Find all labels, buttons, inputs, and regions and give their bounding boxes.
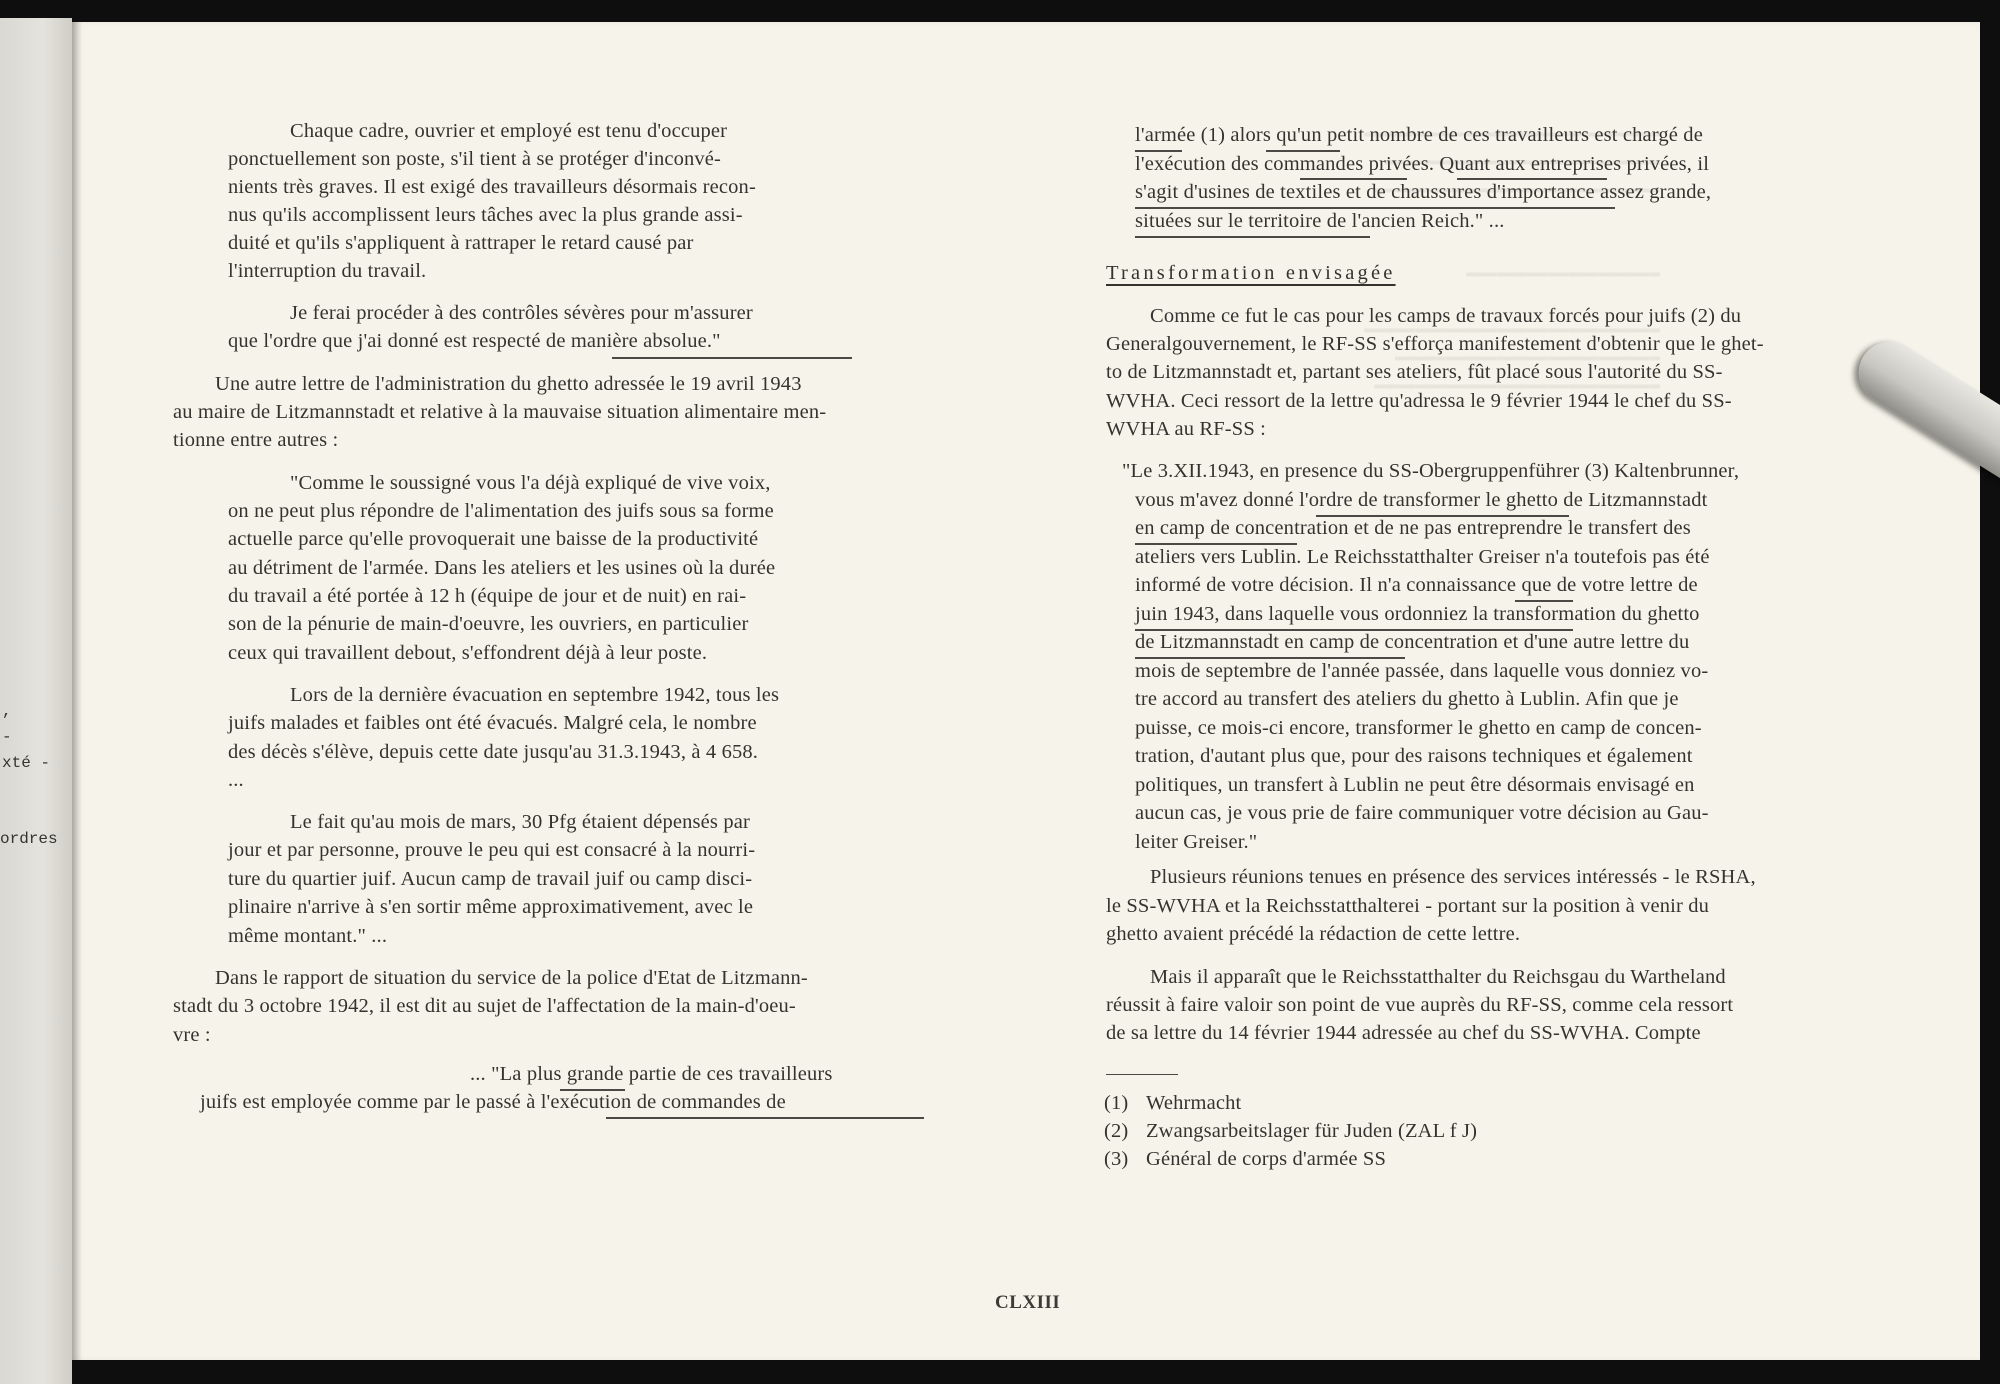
text-line: que l'ordre que j'ai donné est respecté … [228, 330, 721, 353]
footnote-separator [1106, 1074, 1178, 1075]
page-number: CLXIII [995, 1292, 1060, 1314]
text-line: WVHA. Ceci ressort de la lettre qu'adres… [1106, 390, 1732, 413]
text-line: l'armée (1) alors qu'un petit nombre de … [1135, 124, 1703, 147]
text-line: Dans le rapport de situation du service … [215, 967, 808, 990]
text-line: plinaire n'arrive à s'en sortir même app… [228, 896, 753, 919]
text-line: vous m'avez donné l'ordre de transformer… [1135, 489, 1707, 512]
text-line: tre accord au transfert des ateliers du … [1135, 688, 1679, 711]
text-line: Mais il apparaît que le Reichsstatthalte… [1150, 966, 1726, 989]
prev-page-fragment: , [2, 702, 12, 720]
text-line: mois de septembre de l'année passée, dan… [1135, 660, 1708, 683]
text-line: politiques, un transfert à Lublin ne peu… [1135, 774, 1695, 797]
underline-mark [1135, 629, 1573, 631]
text-line: de sa lettre du 14 février 1944 adressée… [1106, 1022, 1701, 1045]
text-line: ... "La plus grande partie de ces travai… [470, 1063, 833, 1086]
text-line: on ne peut plus répondre de l'alimentati… [228, 500, 774, 523]
text-line: juin 1943, dans laquelle vous ordonniez … [1135, 603, 1700, 626]
prev-page-fragment: ordres [0, 830, 58, 848]
text-line: stadt du 3 octobre 1942, il est dit au s… [173, 995, 796, 1018]
text-line: situées sur le territoire de l'ancien Re… [1135, 210, 1505, 233]
underline-mark [1135, 207, 1615, 209]
text-line: s'agit d'usines de textiles et de chauss… [1135, 181, 1711, 204]
text-line: informé de votre décision. Il n'a connai… [1135, 574, 1698, 597]
prev-page-fragment: xté - [2, 754, 50, 772]
text-line: ghetto avaient précédé la rédaction de c… [1106, 923, 1520, 946]
text-line: ceux qui travaillent debout, s'effondren… [228, 642, 707, 665]
text-line: puisse, ce mois-ci encore, transformer l… [1135, 717, 1702, 740]
text-line: au détriment de l'armée. Dans les atelie… [228, 557, 775, 580]
footnote-marker: (1) [1104, 1092, 1128, 1115]
underline-mark [606, 1117, 924, 1119]
text-line: "Comme le soussigné vous l'a déjà expliq… [290, 472, 771, 495]
text-line: tionne entre autres : [173, 429, 338, 452]
text-line: tration, d'autant plus que, pour des rai… [1135, 745, 1693, 768]
underline-mark [560, 1089, 625, 1091]
text-line: du travail a été portée à 12 h (équipe d… [228, 585, 746, 608]
text-line: duité et qu'ils s'appliquent à rattraper… [228, 232, 694, 255]
text-line: juifs malades et faibles ont été évacués… [228, 712, 757, 735]
footnote-text: Zwangsarbeitslager für Juden (ZAL f J) [1146, 1120, 1477, 1143]
text-line: to de Litzmannstadt et, partant ses atel… [1106, 361, 1723, 384]
footnote-marker: (3) [1104, 1148, 1128, 1171]
text-line: jour et par personne, prouve le peu qui … [228, 839, 755, 862]
text-line: Lors de la dernière évacuation en septem… [290, 684, 779, 707]
text-line: Plusieurs réunions tenues en présence de… [1150, 866, 1756, 889]
gutter-shadow [72, 22, 82, 1360]
text-line: même montant." ... [228, 925, 387, 948]
text-line: en camp de concentration et de ne pas en… [1135, 517, 1691, 540]
text-line: Comme ce fut le cas pour les camps de tr… [1150, 305, 1741, 328]
text-line: nus qu'ils accomplissent leurs tâches av… [228, 204, 743, 227]
underline-mark [1300, 178, 1407, 180]
underline-mark [1135, 150, 1182, 152]
underline-mark [1316, 515, 1569, 517]
prev-page-fragment: - [2, 728, 12, 746]
text-line: ateliers vers Lublin. Le Reichsstatthalt… [1135, 546, 1710, 569]
text-line: ture du quartier juif. Aucun camp de tra… [228, 868, 752, 891]
text-line: de Litzmannstadt en camp de concentratio… [1135, 631, 1689, 654]
text-line: au maire de Litzmannstadt et relative à … [173, 401, 826, 424]
text-line: leiter Greiser." [1135, 831, 1257, 854]
text-line: Une autre lettre de l'administration du … [215, 373, 802, 396]
text-line: des décès s'élève, depuis cette date jus… [228, 741, 758, 764]
text-line: Generalgouvernement, le RF-SS s'efforça … [1106, 333, 1764, 356]
text-line: Le fait qu'au mois de mars, 30 Pfg étaie… [290, 811, 750, 834]
text-line: vre : [173, 1024, 211, 1047]
underline-mark [1266, 150, 1340, 152]
text-line: actuelle parce qu'elle provoquerait une … [228, 528, 758, 551]
footnote-text: Général de corps d'armée SS [1146, 1148, 1386, 1171]
footnote-text: Wehrmacht [1146, 1092, 1241, 1115]
text-line: "Le 3.XII.1943, en presence du SS-Obergr… [1122, 460, 1739, 483]
section-heading: Transformation envisagée [1106, 262, 1396, 285]
text-line: aucun cas, je vous prie de faire communi… [1135, 802, 1709, 825]
text-line: juifs est employée comme par le passé à … [200, 1091, 786, 1114]
text-line: ... [228, 769, 244, 792]
text-line: son de la pénurie de main-d'oeuvre, les … [228, 613, 748, 636]
text-line: le SS-WVHA et la Reichsstatthalterei - p… [1106, 895, 1709, 918]
previous-page-edge: , - xté - ordres [0, 18, 72, 1384]
text-line: nients très graves. Il est exigé des tra… [228, 176, 756, 199]
text-line: Chaque cadre, ouvrier et employé est ten… [290, 120, 727, 143]
text-line: l'interruption du travail. [228, 260, 426, 283]
footnote-marker: (2) [1104, 1120, 1128, 1143]
underline-mark [1457, 178, 1607, 180]
text-line: l'exécution des commandes privées. Quant… [1135, 153, 1709, 176]
underline-mark [1135, 236, 1370, 238]
underline-mark [1135, 543, 1297, 545]
text-line: WVHA au RF-SS : [1106, 418, 1266, 441]
underline-mark [612, 357, 852, 359]
underline-mark [1515, 600, 1573, 602]
text-line: réussit à faire valoir son point de vue … [1106, 994, 1733, 1017]
text-line: ponctuellement son poste, s'il tient à s… [228, 148, 721, 171]
text-line: Je ferai procéder à des contrôles sévère… [290, 302, 753, 325]
underline-mark [1135, 657, 1405, 659]
